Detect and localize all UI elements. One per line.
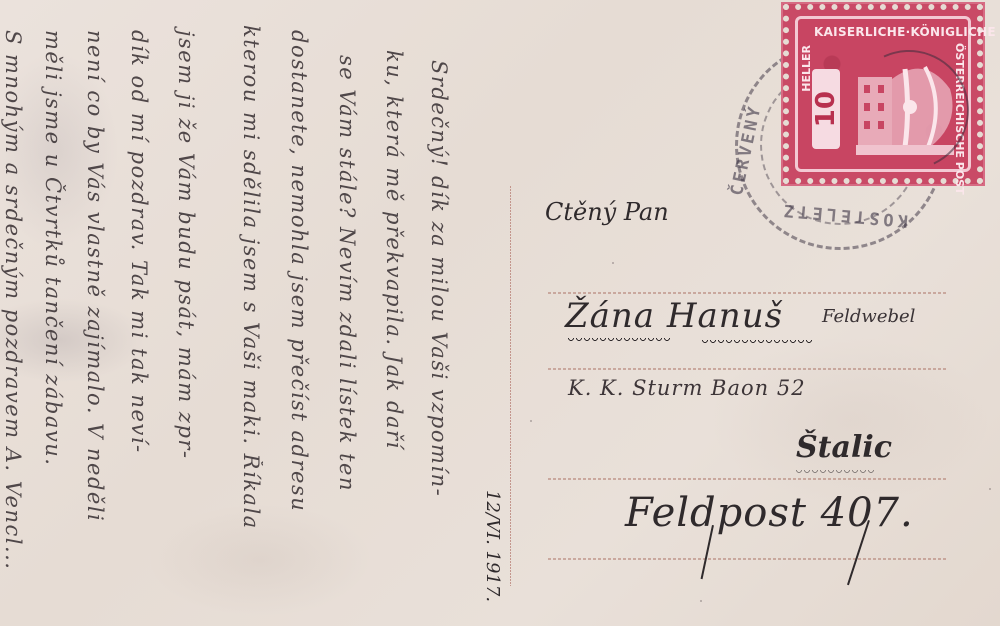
message-line: S mnohým a srdečným pozdravem A. Vencl..… (2, 30, 23, 570)
message-address-divider (510, 186, 511, 586)
stamp-top-text: KAISERLICHE·KÖNIGLICHE (814, 25, 996, 39)
message-line: měli jsme u Čtvrtků tančení zábavu. (42, 30, 63, 466)
stamp-value-box: 10 (812, 69, 840, 149)
postage-stamp: KAISERLICHE·KÖNIGLICHE ÖSTERREICHISCHE P… (783, 4, 983, 184)
address-line (548, 292, 948, 294)
address-line (548, 478, 948, 480)
message-line: ku, která mě překvapila. Jak daří (383, 50, 404, 450)
postcard: Srdečný! dík za milou Vaši vzpomín- ku, … (0, 0, 1000, 626)
paper-speck (989, 488, 991, 490)
address-line (548, 558, 948, 560)
stamp-value: 10 (811, 91, 841, 127)
paper-speck (530, 420, 532, 422)
message-line: dostanete, nemohla jsem přečíst adresu (288, 30, 309, 512)
feldpost-number: Feldpost 407. (625, 490, 914, 536)
recipient-rank: Feldwebel (822, 306, 915, 327)
name-underline (568, 338, 670, 344)
salutation: Ctěný Pan (545, 198, 669, 226)
city-underline (796, 470, 876, 476)
paper-speck (700, 600, 702, 602)
message-line: jsem ji že Vám budu psát, mám zpr- (175, 30, 196, 460)
recipient-name: Žána Hanuš (565, 296, 783, 336)
paper-speck (612, 262, 614, 264)
message-line: kterou mi sdělila jsem s Vaši maki. Říka… (240, 25, 261, 530)
address-line (548, 368, 948, 370)
message-line: dík od mí pozdrav. Tak mi tak neví- (128, 30, 149, 454)
message-line: se Vám stále? Nevím zdali lístek ten (336, 55, 357, 492)
name-underline (702, 340, 812, 346)
recipient-city: Štalic (796, 430, 892, 465)
recipient-unit: K. K. Sturm Baon 52 (568, 376, 806, 400)
message-line: není co by Vás vlastně zajímalo. V neděl… (84, 30, 105, 522)
message-date: 12/VI. 1917. (482, 490, 503, 602)
message-line: Srdečný! dík za milou Vaši vzpomín- (428, 60, 449, 497)
